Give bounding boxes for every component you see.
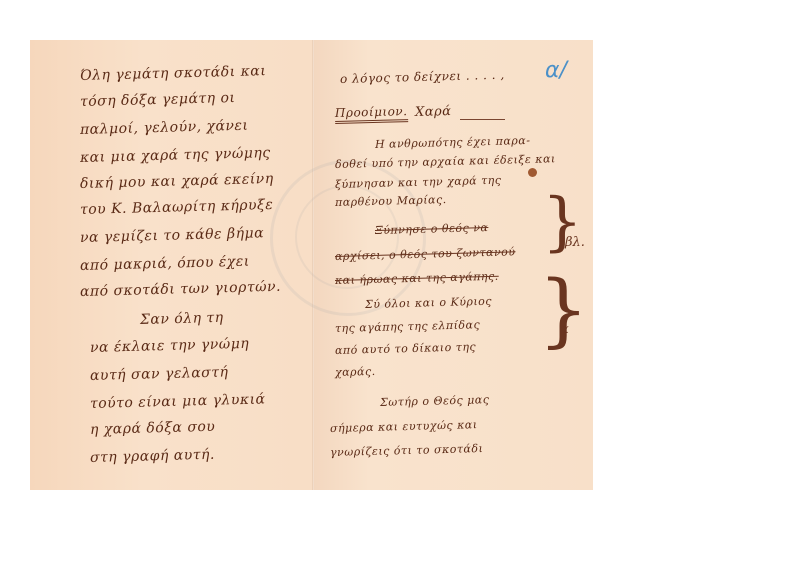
left-line-15: στη γραφή αυτή. bbox=[90, 447, 215, 466]
ink-blot bbox=[528, 168, 537, 177]
dash-rule bbox=[460, 119, 505, 120]
left-line-14: η χαρά δόξα σου bbox=[90, 419, 216, 438]
right-brace-lower: } bbox=[538, 270, 589, 350]
margin-note-a: α bbox=[560, 322, 569, 337]
margin-note-bl: βλ. bbox=[565, 235, 585, 250]
pencil-page-mark: α/ bbox=[545, 58, 567, 83]
right-line-14: χαράς. bbox=[335, 365, 376, 379]
right-line-2: Χαρά bbox=[415, 104, 452, 120]
right-heading-prooimion: Προοίμιον. bbox=[335, 104, 408, 124]
left-line-10: Σαν όλη τη bbox=[140, 310, 224, 328]
letter-sheet: Όλη γεμάτη σκοτάδι και τόση δόξα γεμάτη … bbox=[30, 40, 593, 490]
